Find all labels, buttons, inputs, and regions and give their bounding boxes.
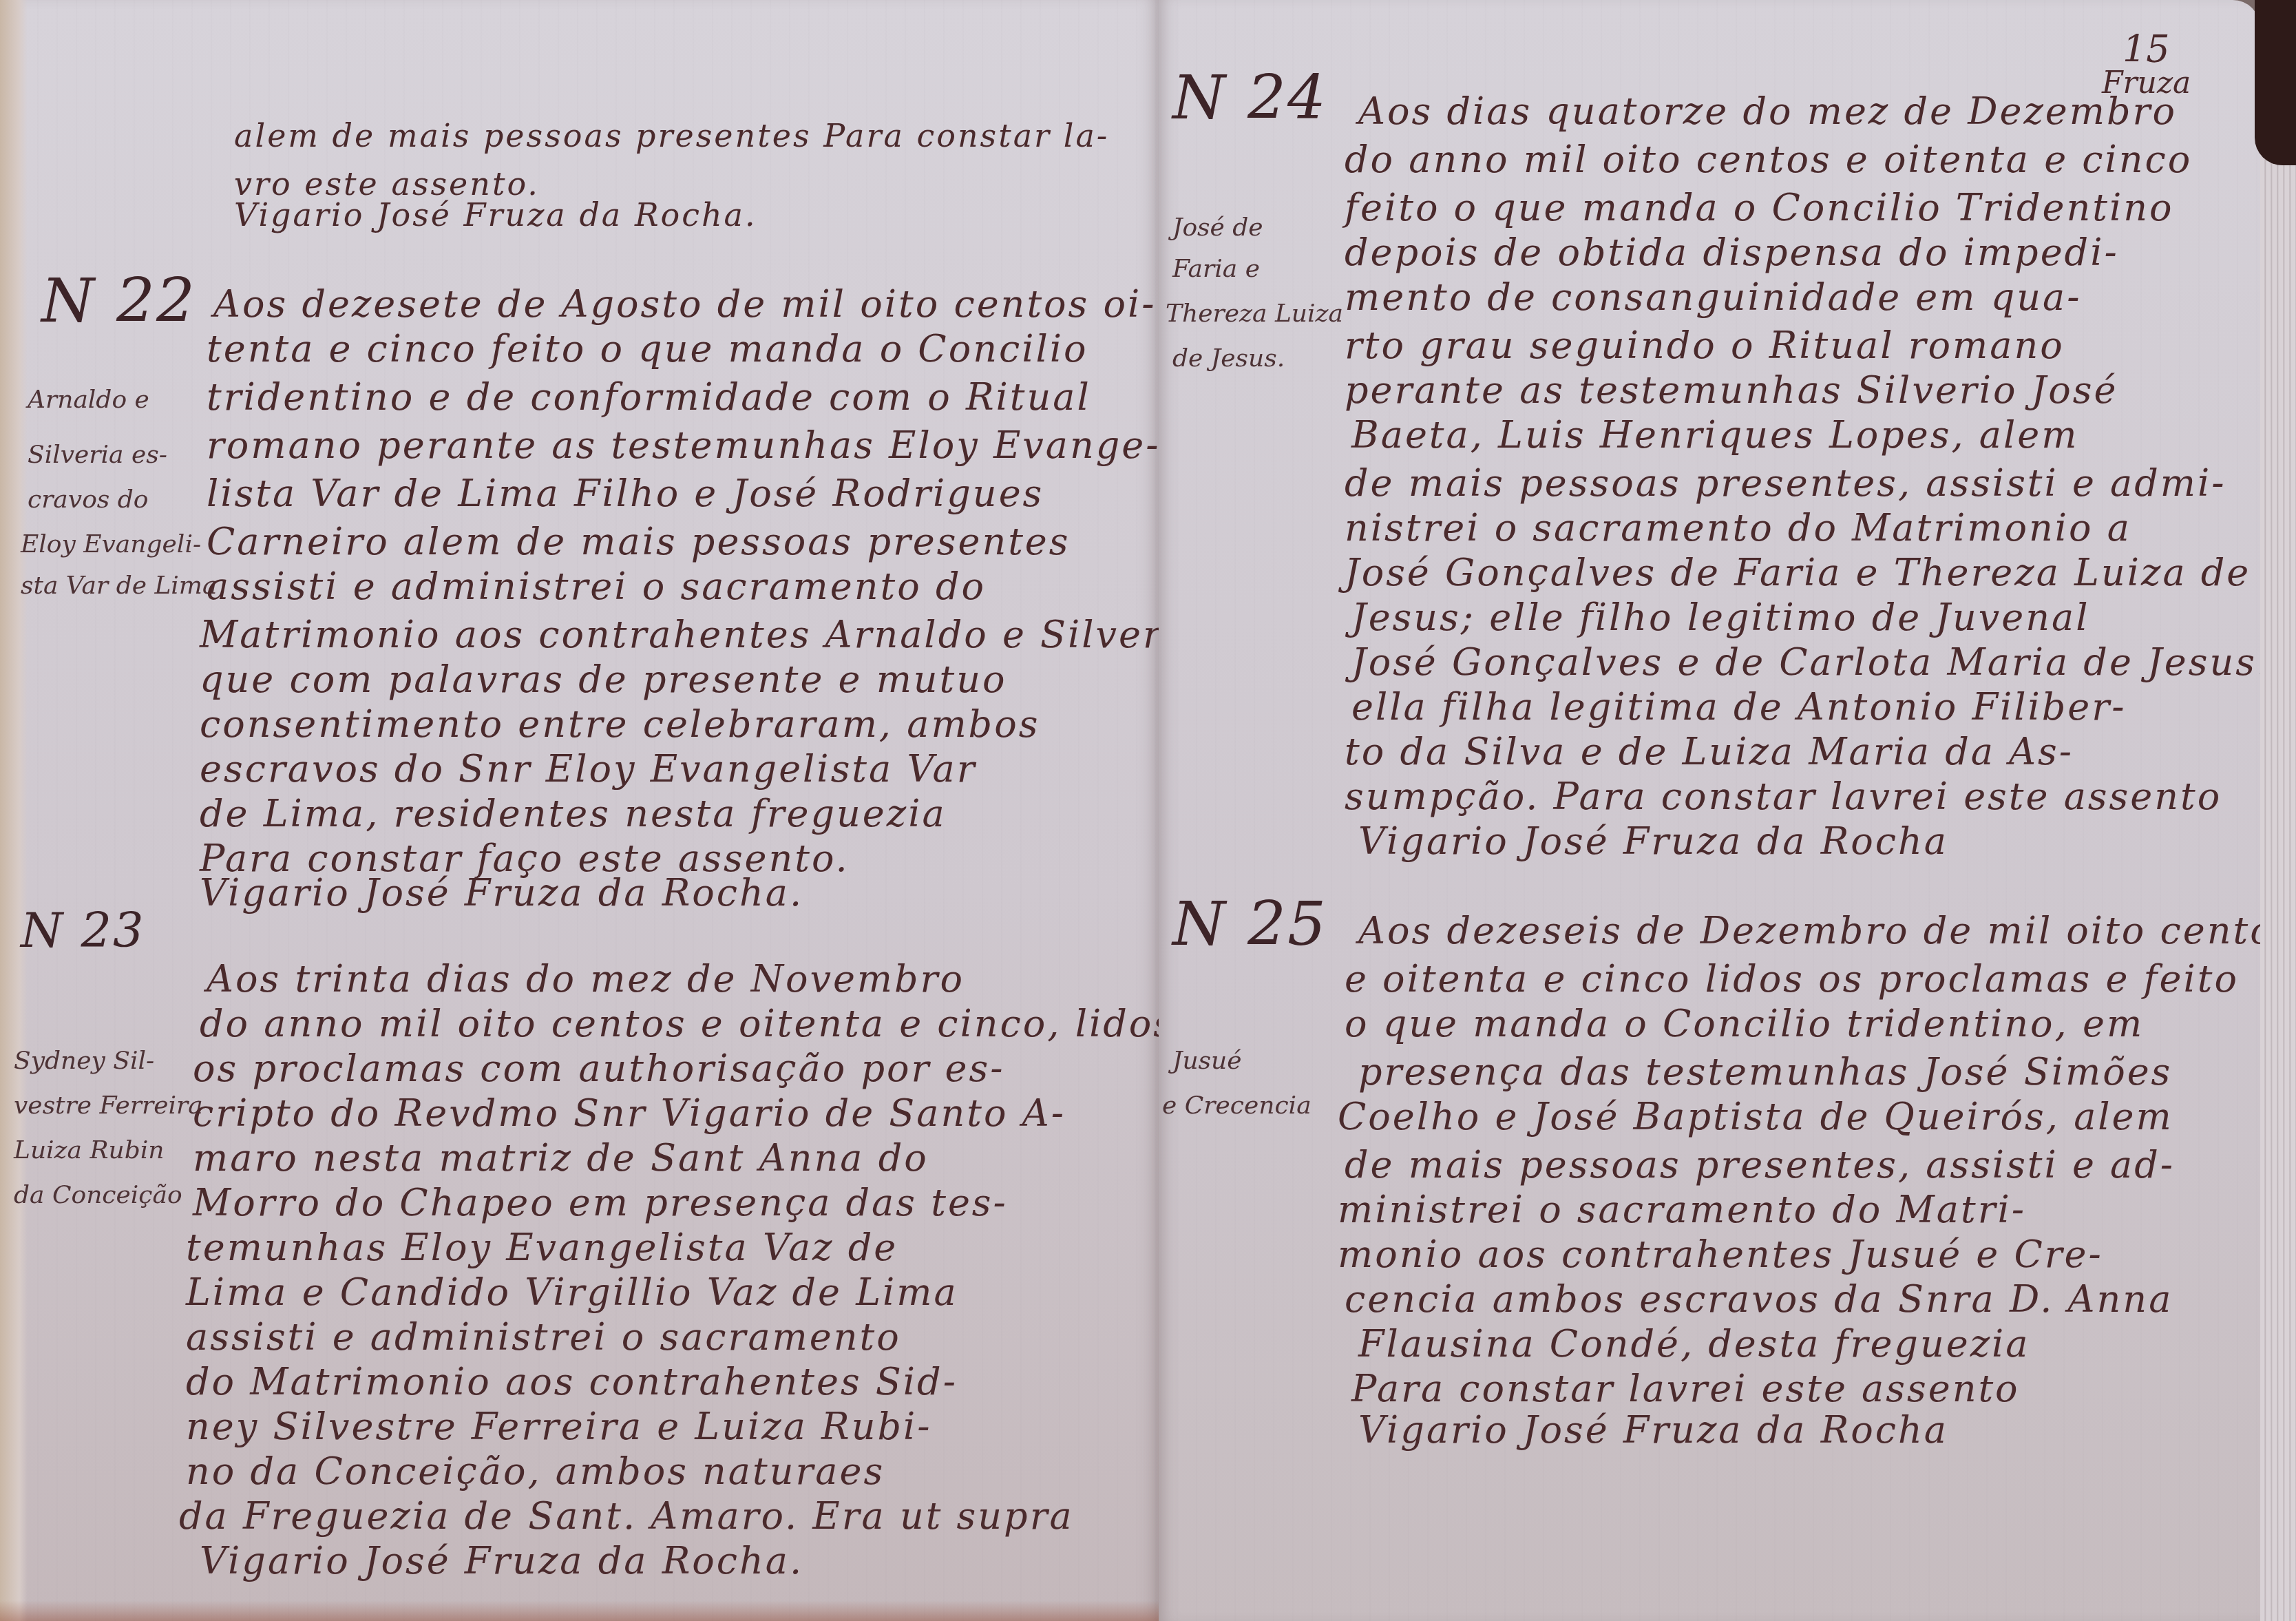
margin-note: Luiza Rubin bbox=[14, 1136, 165, 1164]
entry-line: ministrei o sacramento do Matri- bbox=[1338, 1188, 2026, 1231]
continuation-line: alem de mais pessoas presentes Para cons… bbox=[234, 117, 1109, 154]
margin-note: Arnaldo e bbox=[28, 386, 149, 414]
margin-note: e Crecencia bbox=[1162, 1091, 1312, 1120]
entry-line: assisti e administrei o sacramento bbox=[186, 1315, 901, 1359]
entry-line: Aos dezeseis de Dezembro de mil oito cen… bbox=[1358, 909, 2295, 952]
margin-note: vestre Ferreira bbox=[14, 1091, 203, 1120]
entry-line: monio aos contrahentes Jusué e Cre- bbox=[1338, 1233, 2103, 1276]
signature: Vigario José Fruza da Rocha. bbox=[200, 871, 803, 914]
margin-note: sta Var de Lima bbox=[21, 572, 217, 600]
entry-line: Matrimonio aos contrahentes Arnaldo e Si… bbox=[200, 613, 1201, 656]
entry-line: ney Silvestre Ferreira e Luiza Rubi- bbox=[186, 1405, 932, 1448]
entry-line: da Freguezia de Sant. Amaro. Era ut supr… bbox=[179, 1494, 1074, 1538]
entry-line: e oitenta e cinco lidos os proclamas e f… bbox=[1345, 957, 2239, 1001]
entry-line: do anno mil oito centos e oitenta e cinc… bbox=[1345, 138, 2192, 181]
entry-line: escravos do Snr Eloy Evangelista Var bbox=[200, 747, 976, 791]
page-edge-left bbox=[0, 0, 28, 1621]
entry-line: Baeta, Luis Henriques Lopes, alem bbox=[1351, 413, 2079, 457]
page-number: 15 bbox=[2123, 28, 2170, 71]
entry-line: ella filha legitima de Antonio Filiber- bbox=[1351, 685, 2126, 729]
margin-note: cravos do bbox=[28, 485, 148, 514]
entry-line: to da Silva e de Luiza Maria da As- bbox=[1345, 730, 2074, 773]
ledger-spread: alem de mais pessoas presentes Para cons… bbox=[0, 0, 2296, 1621]
left-page: alem de mais pessoas presentes Para cons… bbox=[0, 0, 1159, 1621]
margin-note: Eloy Evangeli- bbox=[21, 530, 201, 558]
entry-line: temunhas Eloy Evangelista Vaz de bbox=[186, 1226, 898, 1269]
entry-line: rto grau seguindo o Ritual romano bbox=[1345, 324, 2065, 367]
entry-line: Aos trinta dias do mez de Novembro bbox=[207, 957, 965, 1001]
entry-line: depois de obtida dispensa do impedi- bbox=[1345, 231, 2119, 274]
margin-note: de Jesus. bbox=[1172, 344, 1285, 373]
right-page: 15 Fruza N 24 José de Faria e Thereza Lu… bbox=[1159, 0, 2260, 1621]
entry-line: Lima e Candido Virgillio Vaz de Lima bbox=[186, 1270, 958, 1314]
entry-line: Aos dezesete de Agosto de mil oito cento… bbox=[213, 282, 1157, 326]
entry-line: perante as testemunhas Silverio José bbox=[1345, 368, 2118, 412]
entry-line: romano perante as testemunhas Eloy Evang… bbox=[207, 423, 1161, 467]
margin-note: Jusué bbox=[1172, 1047, 1242, 1075]
entry-line: de mais pessoas presentes, assisti e ad- bbox=[1345, 1143, 2175, 1186]
entry-line: mento de consanguinidade em qua- bbox=[1345, 275, 2081, 319]
entry-line: feito o que manda o Concilio Tridentino bbox=[1345, 186, 2174, 229]
entry-line: do anno mil oito centos e oitenta e cinc… bbox=[200, 1002, 1175, 1045]
signature: Vigario José Fruza da Rocha bbox=[1358, 819, 1948, 863]
page-stain bbox=[0, 1600, 1159, 1621]
entry-line: tenta e cinco feito o que manda o Concil… bbox=[207, 327, 1088, 370]
entry-line: presença das testemunhas José Simões bbox=[1358, 1050, 2172, 1094]
entry-line: de mais pessoas presentes, assisti e adm… bbox=[1345, 461, 2226, 505]
margin-note: Silveria es- bbox=[28, 441, 167, 469]
entry-line: os proclamas com authorisação por es- bbox=[193, 1047, 1004, 1090]
signature: Vigario José Fruza da Rocha bbox=[1358, 1408, 1948, 1452]
entry-line: assisti e administrei o sacramento do bbox=[207, 565, 986, 608]
entry-number: N 22 bbox=[41, 265, 196, 336]
entry-line: Flausina Condé, desta freguezia bbox=[1358, 1322, 2030, 1366]
entry-line: consentimento entre celebraram, ambos bbox=[200, 702, 1040, 746]
entry-line: nistrei o sacramento do Matrimonio a bbox=[1345, 506, 2131, 550]
signature: Vigario José Fruza da Rocha. bbox=[234, 196, 757, 233]
entry-number: N 23 bbox=[21, 902, 145, 959]
margin-note: José de bbox=[1172, 213, 1263, 242]
entry-line: de Lima, residentes nesta freguezia bbox=[200, 792, 947, 835]
entry-line: cencia ambos escravos da Snra D. Anna bbox=[1345, 1277, 2173, 1321]
entry-line: José Gonçalves e de Carlota Maria de Jes… bbox=[1351, 640, 2271, 684]
margin-note: da Conceição bbox=[14, 1181, 182, 1209]
margin-note: Thereza Luiza bbox=[1166, 300, 1343, 328]
page-stack-edge bbox=[2260, 138, 2296, 1621]
entry-line: José Gonçalves de Faria e Thereza Luiza … bbox=[1345, 551, 2251, 594]
entry-line: cripto do Revdmo Snr Vigario de Santo A- bbox=[193, 1091, 1066, 1135]
entry-line: Jesus; elle filho legitimo de Juvenal bbox=[1351, 596, 2090, 639]
entry-line: que com palavras de presente e mutuo bbox=[200, 658, 1007, 701]
entry-line: lista Var de Lima Filho e José Rodrigues bbox=[207, 472, 1044, 515]
entry-line: maro nesta matriz de Sant Anna do bbox=[193, 1136, 929, 1180]
entry-line: o que manda o Concilio tridentino, em bbox=[1345, 1002, 2144, 1045]
entry-line: Para constar lavrei este assento bbox=[1351, 1367, 2020, 1410]
entry-number: N 24 bbox=[1172, 62, 1327, 133]
entry-line: Coelho e José Baptista de Queirós, alem bbox=[1338, 1095, 2173, 1138]
signature: Vigario José Fruza da Rocha. bbox=[200, 1539, 803, 1582]
entry-line: sumpção. Para constar lavrei este assent… bbox=[1345, 775, 2222, 818]
book-cover-corner bbox=[2255, 0, 2296, 165]
entry-line: Aos dias quatorze do mez de Dezembro bbox=[1358, 90, 2177, 133]
entry-line: do Matrimonio aos contrahentes Sid- bbox=[186, 1360, 958, 1403]
entry-line: Morro do Chapeo em presença das tes- bbox=[193, 1181, 1008, 1224]
margin-note: Faria e bbox=[1172, 255, 1260, 283]
margin-note: Sydney Sil- bbox=[14, 1047, 154, 1075]
entry-line: no da Conceição, ambos naturaes bbox=[186, 1450, 885, 1493]
entry-number: N 25 bbox=[1172, 888, 1327, 959]
entry-line: Carneiro alem de mais pessoas presentes bbox=[207, 520, 1071, 563]
entry-line: tridentino e de conformidade com o Ritua… bbox=[207, 375, 1091, 419]
